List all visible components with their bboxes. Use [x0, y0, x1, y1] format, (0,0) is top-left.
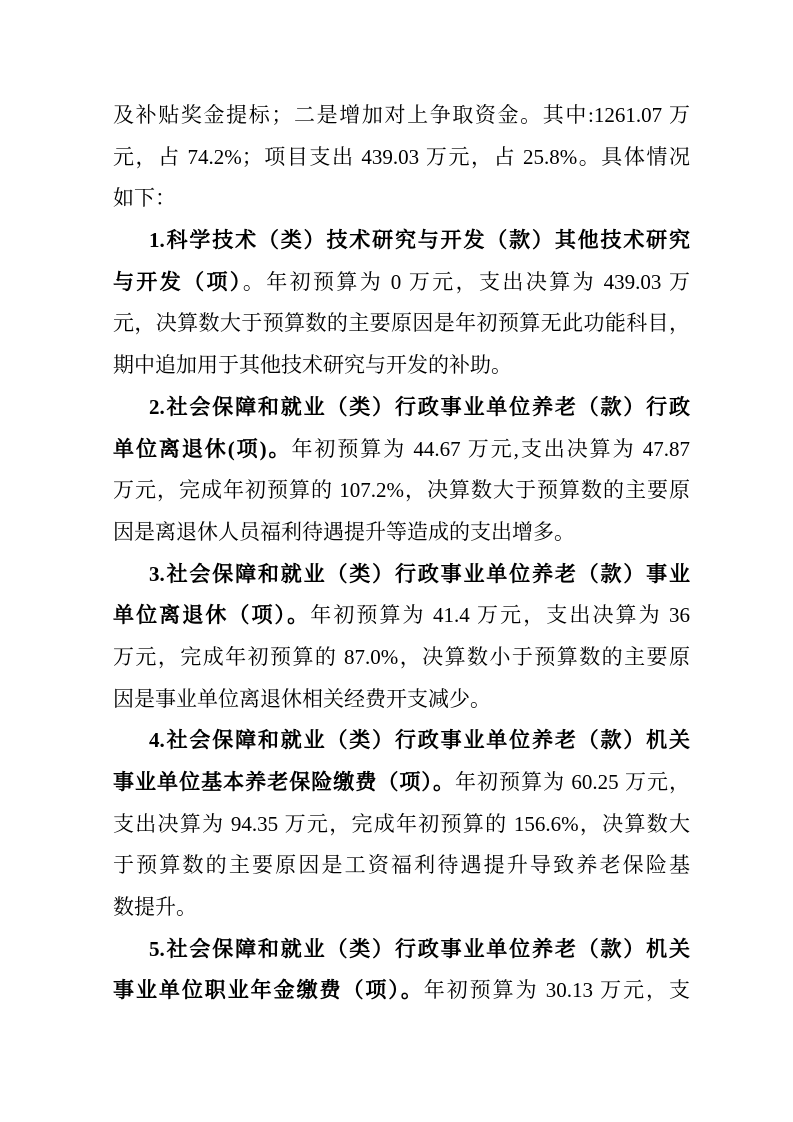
- text-line: 万元，完成年初预算的 107.2%，决算数大于预算数的主要原: [113, 470, 690, 512]
- text-line: 单位离退休（项）。年初预算为 41.4 万元，支出决算为 36: [113, 595, 690, 637]
- text-line: 如下：: [113, 178, 690, 220]
- text-run: 万元，完成年初预算的 87.0%，决算数小于预算数的主要原: [113, 645, 690, 669]
- text-line-section-5-heading: 5.社会保障和就业（类）行政事业单位养老（款）机关: [113, 929, 690, 971]
- text-line: 期中追加用于其他技术研究与开发的补助。: [113, 345, 690, 387]
- text-run: 及补贴奖金提标；二是增加对上争取资金。其中:1261.07 万: [113, 103, 690, 127]
- text-line: 因是事业单位离退休相关经费开支减少。: [113, 679, 690, 721]
- text-line: 数提升。: [113, 887, 690, 929]
- bold-run: 5.社会保障和就业（类）行政事业单位养老（款）机关: [149, 937, 690, 961]
- text-run: 万元，完成年初预算的 107.2%，决算数大于预算数的主要原: [113, 478, 690, 502]
- text-line: 单位离退休(项)。年初预算为 44.67 万元,支出决算为 47.87: [113, 429, 690, 471]
- text-run: 年初预算为 44.67 万元,支出决算为 47.87: [291, 437, 690, 461]
- document-text-block: 及补贴奖金提标；二是增加对上争取资金。其中:1261.07 万 元，占 74.2…: [113, 95, 690, 1012]
- text-line: 及补贴奖金提标；二是增加对上争取资金。其中:1261.07 万: [113, 95, 690, 137]
- text-line: 元，决算数大于预算数的主要原因是年初预算无此功能科目，: [113, 303, 690, 345]
- bold-run: 与开发（项）: [113, 270, 243, 294]
- bold-run: 单位离退休（项）。: [113, 603, 310, 627]
- text-run: 期中追加用于其他技术研究与开发的补助。: [113, 353, 512, 377]
- text-run: 年初预算为 41.4 万元，支出决算为 36: [310, 603, 690, 627]
- text-run: 支出决算为 94.35 万元，完成年初预算的 156.6%，决算数大: [113, 812, 690, 836]
- bold-run: 3.社会保障和就业（类）行政事业单位养老（款）事业: [149, 562, 690, 586]
- text-line: 元，占 74.2%；项目支出 439.03 万元，占 25.8%。具体情况: [113, 137, 690, 179]
- text-run: 年初预算为 30.13 万元，支: [424, 978, 690, 1002]
- text-run: 年初预算为 60.25 万元，: [455, 770, 690, 794]
- bold-run: 1.科学技术（类）技术研究与开发（款）其他技术研究: [149, 228, 690, 252]
- text-line: 于预算数的主要原因是工资福利待遇提升导致养老保险基: [113, 845, 690, 887]
- text-line: 事业单位基本养老保险缴费（项）。年初预算为 60.25 万元，: [113, 762, 690, 804]
- bold-run: 事业单位基本养老保险缴费（项）。: [113, 770, 455, 794]
- text-run: 于预算数的主要原因是工资福利待遇提升导致养老保险基: [113, 853, 690, 877]
- text-line-section-3-heading: 3.社会保障和就业（类）行政事业单位养老（款）事业: [113, 554, 690, 596]
- document-page: 及补贴奖金提标；二是增加对上争取资金。其中:1261.07 万 元，占 74.2…: [0, 0, 793, 1122]
- text-run: 因是事业单位离退休相关经费开支减少。: [113, 687, 491, 711]
- bold-run: 事业单位职业年金缴费（项）。: [113, 978, 424, 1002]
- text-run: 元，决算数大于预算数的主要原因是年初预算无此功能科目，: [113, 311, 690, 335]
- text-line: 与开发（项）。年初预算为 0 万元，支出决算为 439.03 万: [113, 262, 690, 304]
- text-run: 因是离退休人员福利待遇提升等造成的支出增多。: [113, 520, 575, 544]
- text-run: 如下：: [113, 186, 176, 210]
- text-line-section-2-heading: 2.社会保障和就业（类）行政事业单位养老（款）行政: [113, 387, 690, 429]
- text-run: 元，占 74.2%；项目支出 439.03 万元，占 25.8%。具体情况: [113, 145, 690, 169]
- text-line: 万元，完成年初预算的 87.0%，决算数小于预算数的主要原: [113, 637, 690, 679]
- text-line: 支出决算为 94.35 万元，完成年初预算的 156.6%，决算数大: [113, 804, 690, 846]
- bold-run: 4.社会保障和就业（类）行政事业单位养老（款）机关: [149, 728, 690, 752]
- text-line-section-4-heading: 4.社会保障和就业（类）行政事业单位养老（款）机关: [113, 720, 690, 762]
- bold-run: 2.社会保障和就业（类）行政事业单位养老（款）行政: [149, 395, 690, 419]
- text-line: 事业单位职业年金缴费（项）。年初预算为 30.13 万元，支: [113, 970, 690, 1012]
- text-line-section-1-heading: 1.科学技术（类）技术研究与开发（款）其他技术研究: [113, 220, 690, 262]
- bold-run: 单位离退休(项)。: [113, 437, 291, 461]
- text-run: 数提升。: [113, 895, 197, 919]
- text-run: 。年初预算为 0 万元，支出决算为 439.03 万: [243, 270, 690, 294]
- text-line: 因是离退休人员福利待遇提升等造成的支出增多。: [113, 512, 690, 554]
